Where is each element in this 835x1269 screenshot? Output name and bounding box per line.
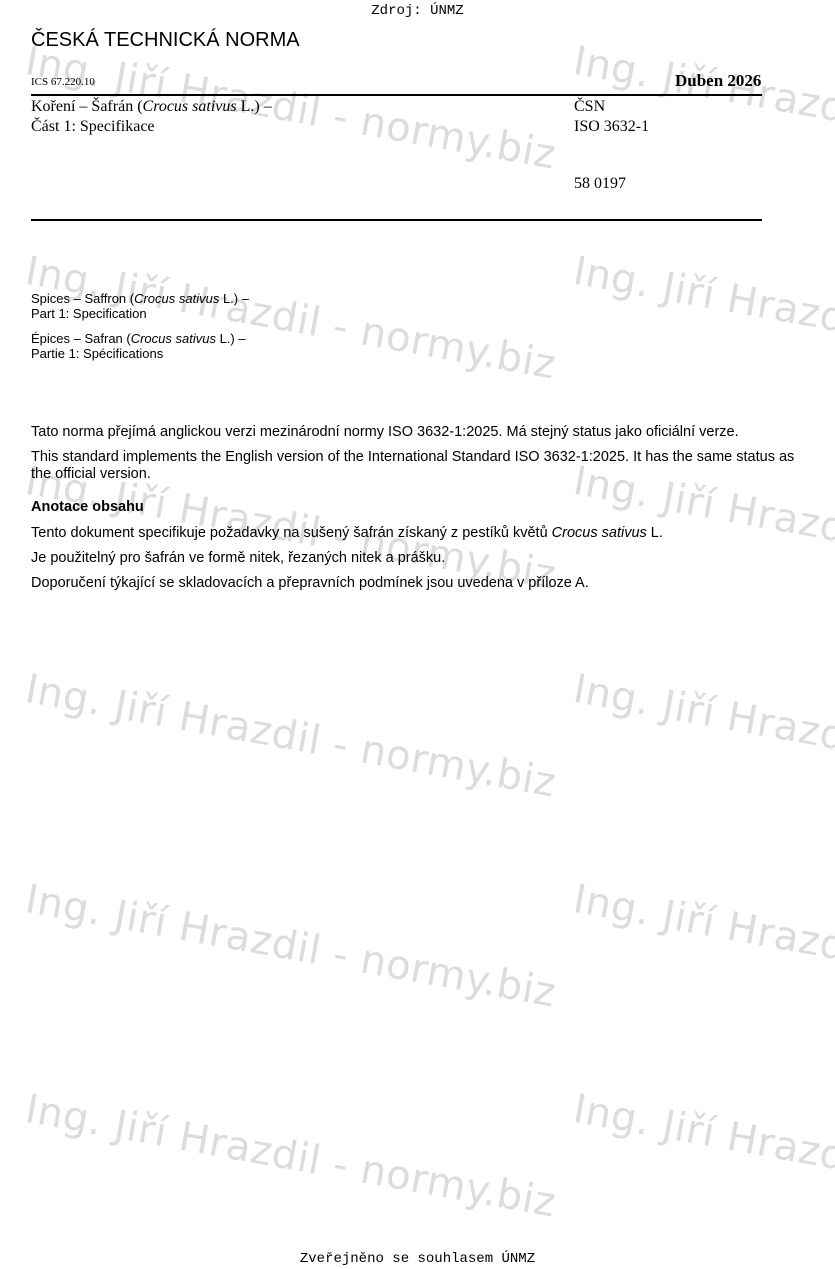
annotation-p1-text: Tento dokument specifikuje požadavky na … [31,525,552,541]
standard-number: ISO 3632-1 [574,117,649,137]
footer-note: Zveřejněno se souhlasem ÚNMZ [0,1251,835,1267]
french-title-prefix: Épices – Safran ( [31,331,131,346]
ics-code: ICS 67.220.10 [31,76,95,88]
document-page: Ing. Jiří Hrazdil - normy.bizIng. Jiří H… [0,0,835,1269]
annotation-paragraph-1: Tento dokument specifikuje požadavky na … [31,525,806,542]
french-title-line2: Partie 1: Spécifications [31,346,163,361]
watermark-text: Ing. Jiří Hrazdil - normy.biz [22,1086,560,1227]
czech-title-suffix: L.) – [237,98,272,115]
czech-title-line1: Koření – Šafrán (Crocus sativus L.) – [31,97,272,117]
english-title-prefix: Spices – Saffron ( [31,291,134,306]
source-note: Zdroj: ÚNMZ [0,3,835,19]
french-title-species: Crocus sativus [131,331,216,346]
annotation-p1-species: Crocus sativus [552,525,647,541]
watermark-text: Ing. Jiří Hrazdil - normy.biz [22,876,560,1017]
standard-prefix: ČSN [574,97,649,117]
watermark-text: Ing. Jiří Hrazdil - normy.biz [570,248,835,389]
watermark-text: Ing. Jiří Hrazdil - normy.biz [22,666,560,807]
document-type-heading: ČESKÁ TECHNICKÁ NORMA [31,29,300,52]
english-title-line2: Part 1: Specification [31,306,147,321]
annotation-paragraph-2: Je použitelný pro šafrán ve formě nitek,… [31,550,806,567]
annotation-p1-suffix: L. [647,525,663,541]
watermark-text: Ing. Jiří Hrazdil - normy.biz [570,1086,835,1227]
czech-title-line2: Část 1: Specifikace [31,117,272,137]
adoption-statement-en: This standard implements the English ver… [31,449,806,483]
english-title: Spices – Saffron (Crocus sativus L.) – P… [31,291,249,321]
english-title-species: Crocus sativus [134,291,219,306]
top-divider [31,94,762,96]
alternate-titles: Spices – Saffron (Crocus sativus L.) – P… [31,291,249,371]
publication-date: Duben 2026 [675,71,761,91]
annotation-paragraph-3: Doporučení týkající se skladovacích a př… [31,575,806,592]
bottom-divider [31,219,762,221]
document-body: Tato norma přejímá anglickou verzi mezin… [31,424,806,600]
watermark-text: Ing. Jiří Hrazdil - normy.biz [570,666,835,807]
czech-title-prefix: Koření – Šafrán ( [31,98,143,115]
classification-number: 58 0197 [574,175,626,193]
czech-title-species: Crocus sativus [143,98,237,115]
standard-identifier: ČSN ISO 3632-1 [574,97,649,137]
french-title-suffix: L.) – [216,331,246,346]
adoption-statement-cz: Tato norma přejímá anglickou verzi mezin… [31,424,806,441]
annotation-heading: Anotace obsahu [31,499,806,516]
watermark-text: Ing. Jiří Hrazdil - normy.biz [570,876,835,1017]
french-title: Épices – Safran (Crocus sativus L.) – Pa… [31,331,249,361]
czech-title: Koření – Šafrán (Crocus sativus L.) – Čá… [31,97,272,137]
english-title-suffix: L.) – [219,291,249,306]
